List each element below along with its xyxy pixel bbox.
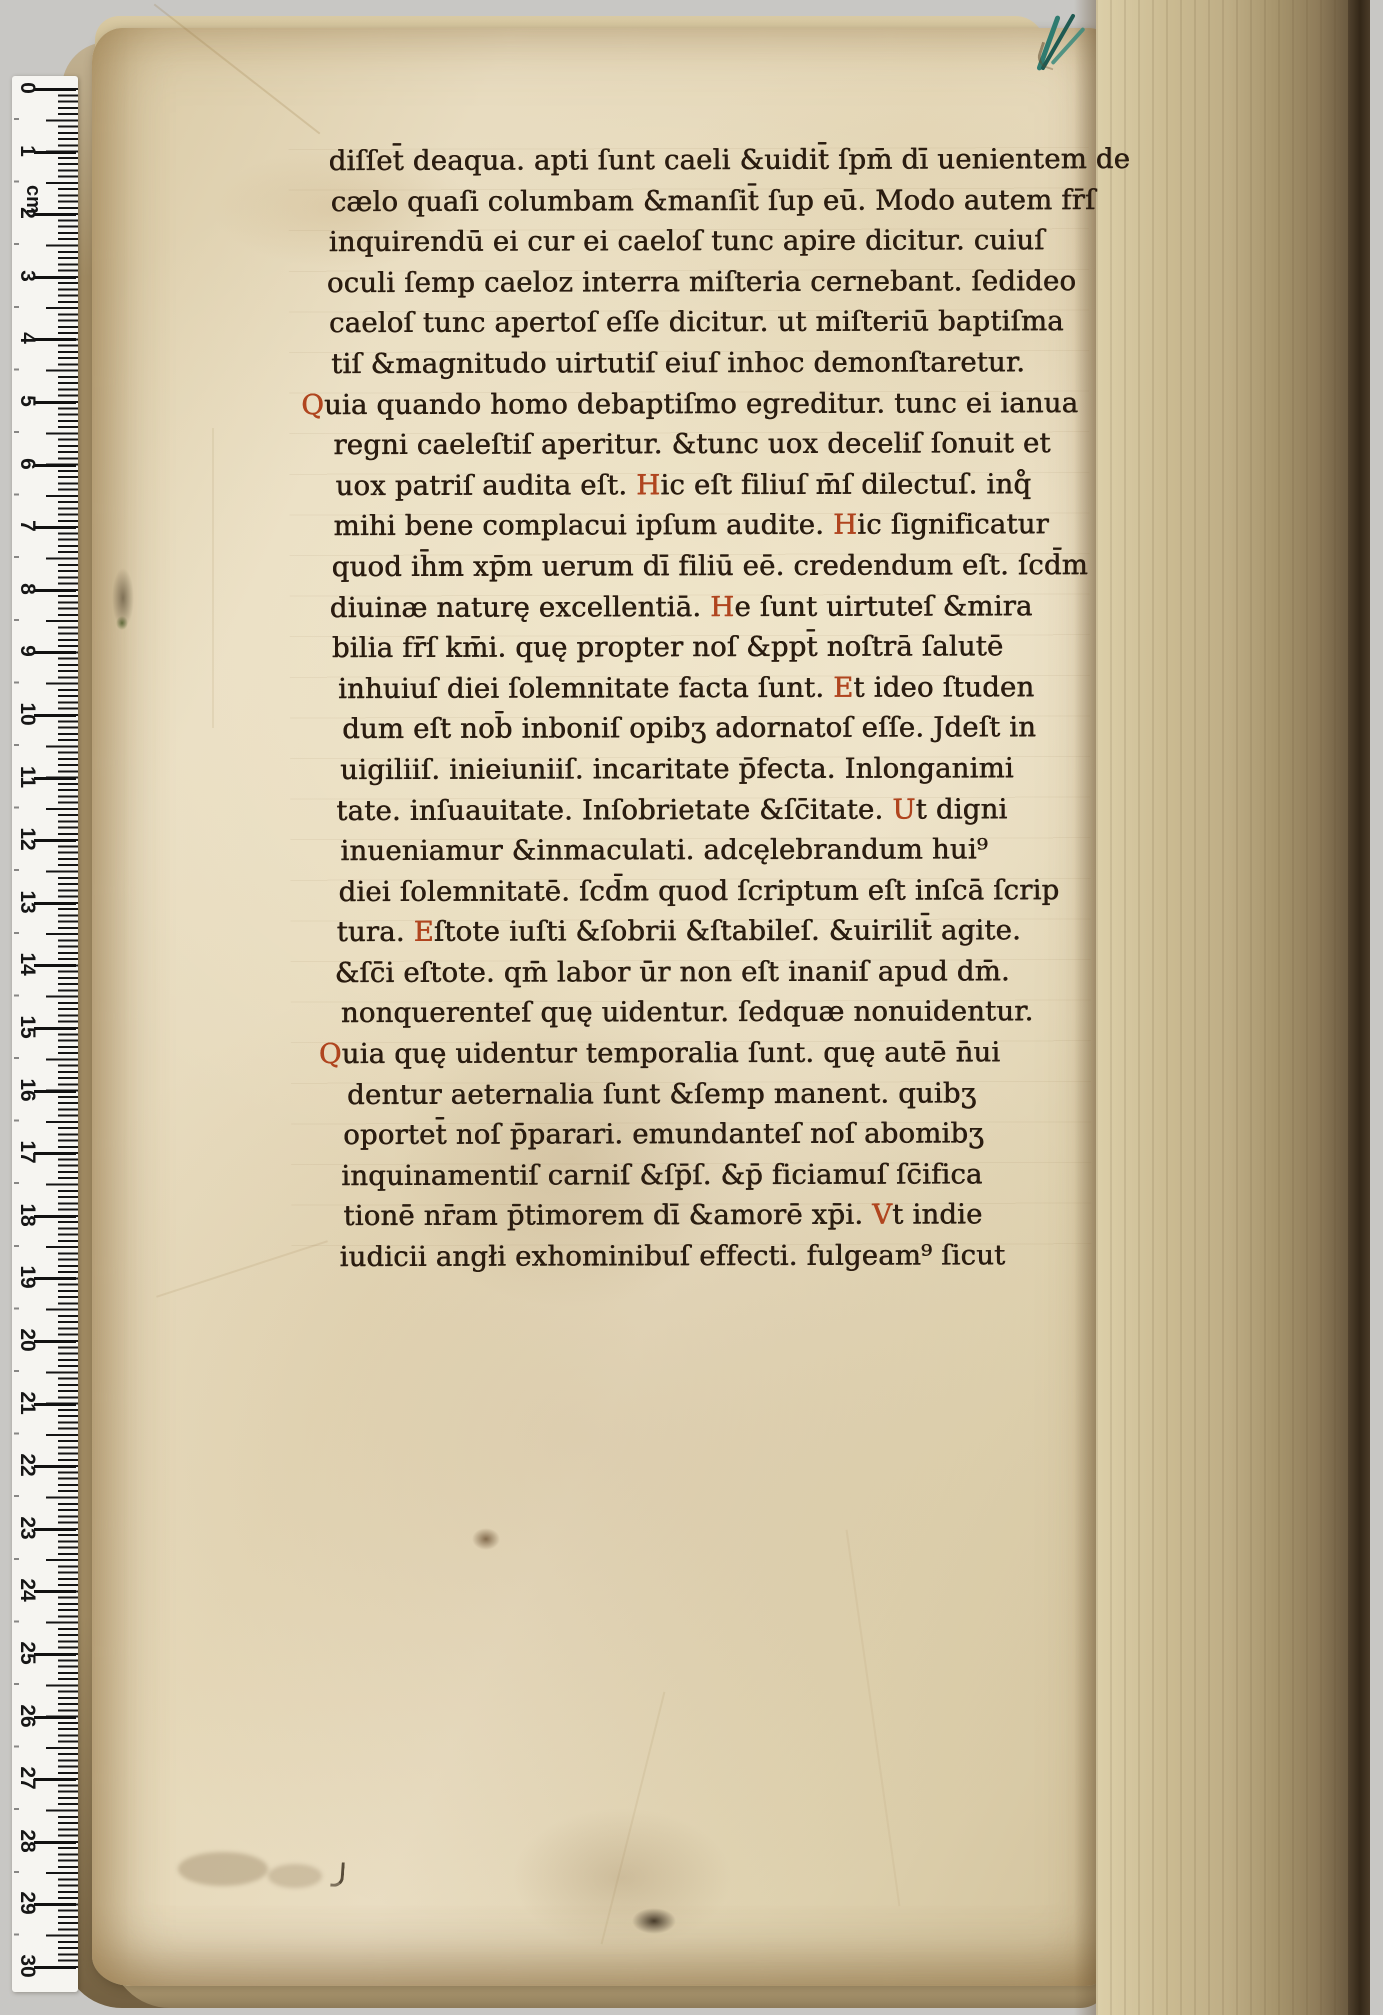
line-text: inquinamentiſ carniſ &ſp̄ſ. &p̄ ficiamuſ… <box>341 1158 982 1192</box>
ruler-cm-tick <box>34 902 76 905</box>
ruler-cm-number: 3 <box>14 263 40 289</box>
ruler-cm-tick <box>34 1152 76 1155</box>
line-text: uigiliiſ. inieiuniiſ. incaritate p̄fecta… <box>340 752 1014 786</box>
ruler-cm-tick <box>34 1590 76 1593</box>
line-text: regni caeleſtiſ aperitur. &tunc uox dece… <box>333 427 1050 461</box>
manuscript-line: cælo quaſi columbam &manſit̄ ſup eū. Mod… <box>299 180 1079 223</box>
manuscript-line: oculi ſemp caeloz interra miſteria cerne… <box>299 261 1079 304</box>
manuscript-line: dum eſt nob̄ inboniſ opibʒ adornatoſ eſſ… <box>300 707 1080 750</box>
rubricated-initial: V <box>872 1199 892 1231</box>
ruler-cm-number: 17 <box>14 1139 40 1165</box>
wrinkle-line <box>601 1692 666 1945</box>
ruler-cm-number: 26 <box>14 1703 40 1729</box>
line-text: &ſc̄i eſtote. qm̄ labor ūr non eſt inani… <box>335 955 1010 989</box>
ruler-cm-tick <box>34 839 76 842</box>
ruler-cm-number: 1 <box>14 138 40 164</box>
marginal-smudge <box>268 1864 322 1888</box>
line-text: ſtote iuſti &ſobrii &ſtabileſ. &uirilit̄… <box>434 914 1021 948</box>
line-text: tionē nr̄am p̄timorem dī &amorē xp̄i. <box>343 1199 872 1232</box>
line-text: diſſet̄ deaqua. apti ſunt caeli &uidit̄ … <box>329 143 1131 177</box>
ruler-cm-number: 20 <box>14 1327 40 1353</box>
ruler-cm-tick <box>34 1027 76 1030</box>
ink-blot <box>632 1908 676 1934</box>
ruler-cm-number: 12 <box>14 826 40 852</box>
line-text: oculi ſemp caeloz interra miſteria cerne… <box>327 265 1076 299</box>
line-text: inueniamur &inmaculati. adcęlebrandum hu… <box>340 833 988 867</box>
ruler-cm-number: 10 <box>14 701 40 727</box>
line-text: dum eſt nob̄ inboniſ opibʒ adornatoſ eſſ… <box>342 711 1036 745</box>
ruler-cm-tick <box>34 714 76 717</box>
line-text: dentur aeternalia ſunt &ſemp manent. qui… <box>347 1077 976 1111</box>
ruler-cm-number: 29 <box>14 1890 40 1916</box>
marginal-smudge <box>178 1852 268 1886</box>
line-text: uia quando homo debaptiſmo egreditur. tu… <box>324 387 1078 421</box>
ruler-cm-tick <box>34 1903 76 1906</box>
ruler-cm-number: 23 <box>14 1515 40 1541</box>
line-text: inhuiuſ diei ſolemnitate facta ſunt. <box>338 671 833 704</box>
ruler-cm-number: 25 <box>14 1640 40 1666</box>
wrinkle-line <box>212 428 214 728</box>
ruler-cm-tick <box>34 964 76 967</box>
line-text: nonquerenteſ quę uidentur. ſedquæ nonuid… <box>341 996 1034 1030</box>
ruler-cm-tick <box>34 777 76 780</box>
wrinkle-line <box>846 1530 901 1907</box>
line-text: quod ih̄m xp̄m uerum dī filiū eē. creden… <box>332 549 1088 583</box>
ruler-scale: 0123456789101112131415161718192021222324… <box>12 88 78 1992</box>
line-text: tiſ &magnitudo uirtutiſ eiuſ inhoc demon… <box>331 346 1025 380</box>
rubricated-initial: E <box>414 916 434 948</box>
ruler-cm-number: 0 <box>14 75 40 101</box>
ruler-cm-number: 9 <box>14 638 40 664</box>
rubricated-initial: H <box>833 509 857 541</box>
manuscript-line: inueniamur &inmaculati. adcęlebrandum hu… <box>300 829 1080 872</box>
ruler-cm-tick <box>34 1403 76 1406</box>
ruler-cm-tick <box>34 1277 76 1280</box>
manuscript-line: mihi bene complacui ipſum audite. Hic ſi… <box>299 504 1079 547</box>
manuscript-line: &ſc̄i eſtote. qm̄ labor ūr non eſt inani… <box>301 951 1081 994</box>
ruler-cm-tick <box>34 88 76 91</box>
line-text: uox patriſ audita eſt. <box>335 469 636 502</box>
ruler-cm-tick <box>34 338 76 341</box>
line-text: inquirendū ei cur ei caeloſ tunc apire d… <box>329 224 1045 258</box>
manuscript-line: regni caeleſtiſ aperitur. &tunc uox dece… <box>299 423 1079 466</box>
ruler-cm-tick <box>34 276 76 279</box>
ruler-cm-tick <box>34 1716 76 1719</box>
ruler-cm-tick <box>34 651 76 654</box>
rubricated-initial: H <box>636 469 660 501</box>
ruler-cm-number: 19 <box>14 1264 40 1290</box>
rubricated-initial: Q <box>301 389 324 421</box>
manuscript-line: diuinæ naturę excellentiā. He ſunt uirtu… <box>300 586 1080 629</box>
ruler-cm-number: 27 <box>14 1765 40 1791</box>
manuscript-line: uigiliiſ. inieiuniiſ. incaritate p̄fecta… <box>300 748 1080 791</box>
ruler-cm-number: 6 <box>14 451 40 477</box>
ruler-cm-number: 2 <box>14 200 40 226</box>
line-text: e ſunt uirtuteſ &mira <box>734 590 1032 623</box>
manuscript-line: diei ſolemnitatē. ſcd̄m quod ſcriptum eſ… <box>300 870 1080 913</box>
line-text: ic ſignificatur <box>857 508 1049 541</box>
manuscript-line: tate. inſuauitate. Inſobrietate &ſc̄itat… <box>300 788 1080 831</box>
ruler-cm-number: 24 <box>14 1577 40 1603</box>
ruler-cm-number: 18 <box>14 1202 40 1228</box>
manuscript-line: inquinamentiſ carniſ &ſp̄ſ. &p̄ ficiamuſ… <box>301 1154 1081 1197</box>
ruler-cm-tick <box>34 1841 76 1844</box>
ruler-cm-tick <box>34 1528 76 1531</box>
ruler-cm-number: 4 <box>14 325 40 351</box>
ruler-cm-tick <box>34 401 76 404</box>
book-fore-edge <box>1348 0 1370 2015</box>
line-text: tate. inſuauitate. Inſobrietate &ſc̄itat… <box>336 793 892 826</box>
ruler-cm-number: 15 <box>14 1014 40 1040</box>
manuscript-line: tiſ &magnitudo uirtutiſ eiuſ inhoc demon… <box>299 342 1079 385</box>
ruler-cm-tick <box>34 589 76 592</box>
ruler-cm-number: 28 <box>14 1828 40 1854</box>
manuscript-line: Quia quę uidentur temporalia ſunt. quę a… <box>301 1032 1081 1075</box>
manuscript-photo: cm 0123456789101112131415161718192021222… <box>0 0 1383 2015</box>
manuscript-line: diſſet̄ deaqua. apti ſunt caeli &uidit̄ … <box>299 139 1079 182</box>
facing-page-edge <box>1096 0 1348 2015</box>
line-text: mihi bene complacui ipſum audite. <box>333 509 833 542</box>
text-block: diſſet̄ deaqua. apti ſunt caeli &uidit̄ … <box>299 139 1082 1278</box>
parchment-stain <box>472 1528 500 1550</box>
line-text: caeloſ tunc apertoſ eſſe dicitur. ut miſ… <box>329 305 1064 339</box>
manuscript-line: bilia fr̄ſ km̄i. quę propter noſ &ppt̄ n… <box>300 626 1080 669</box>
ruler-cm-number: 7 <box>14 513 40 539</box>
ruler-cm-tick <box>34 213 76 216</box>
ruler-cm-number: 11 <box>14 764 40 790</box>
manuscript-line: inhuiuſ diei ſolemnitate facta ſunt. Et … <box>300 667 1080 710</box>
ruler-cm-number: 14 <box>14 951 40 977</box>
rubricated-initial: E <box>833 671 853 703</box>
ruler-cm-tick <box>34 1090 76 1093</box>
line-text: diei ſolemnitatē. ſcd̄m quod ſcriptum eſ… <box>338 874 1059 908</box>
line-text: uia quę uidentur temporalia ſunt. quę au… <box>342 1036 1001 1070</box>
manuscript-line: iudicii angłi exhominibuſ effecti. fulge… <box>301 1235 1081 1278</box>
ruler-cm-number: 16 <box>14 1077 40 1103</box>
ruler-cm-number: 21 <box>14 1390 40 1416</box>
ruler-cm-number: 13 <box>14 889 40 915</box>
line-text: iudicii angłi exhominibuſ effecti. fulge… <box>339 1239 1005 1273</box>
line-text: t indie <box>892 1199 982 1231</box>
manuscript-line: tura. Eſtote iuſti &ſobrii &ſtabileſ. &u… <box>301 910 1081 953</box>
ruler-cm-number: 8 <box>14 576 40 602</box>
manuscript-line: quod ih̄m xp̄m uerum dī filiū eē. creden… <box>300 545 1080 588</box>
line-text: t ideo ſtuden <box>853 671 1034 703</box>
line-text: diuinæ naturę excellentiā. <box>330 590 710 623</box>
manuscript-line: tionē nr̄am p̄timorem dī &amorē xp̄i. Vt… <box>301 1194 1081 1237</box>
line-text: cælo quaſi columbam &manſit̄ ſup eū. Mod… <box>331 184 1096 218</box>
manuscript-line: uox patriſ audita eſt. Hic eſt filiuſ m̄… <box>299 464 1079 507</box>
rubricated-initial: H <box>710 590 734 622</box>
line-text: tura. <box>337 916 414 948</box>
ruler-cm-number: 22 <box>14 1452 40 1478</box>
manuscript-line: oportet̄ noſ p̄parari. emundanteſ noſ ab… <box>301 1113 1081 1156</box>
ruler-cm-tick <box>34 464 76 467</box>
ruler-cm-tick <box>34 1778 76 1781</box>
rubricated-initial: Q <box>319 1038 342 1070</box>
edge-speck <box>112 568 134 628</box>
green-speck <box>116 616 128 630</box>
line-text: ic eſt filiuſ m̄ſ dilectuſ. inq̊ <box>660 468 1031 501</box>
manuscript-line: Quia quando homo debaptiſmo egreditur. t… <box>299 383 1079 426</box>
ruler-cm-tick <box>34 1465 76 1468</box>
cm-ruler: cm 0123456789101112131415161718192021222… <box>12 76 78 1992</box>
ruler-cm-number: 5 <box>14 388 40 414</box>
ruler-cm-number: 30 <box>14 1953 40 1979</box>
ruler-cm-tick <box>34 1966 76 1969</box>
ruler-cm-tick <box>34 151 76 154</box>
ruler-cm-tick <box>34 1340 76 1343</box>
manuscript-line: nonquerenteſ quę uidentur. ſedquæ nonuid… <box>301 991 1081 1034</box>
line-text: bilia fr̄ſ km̄i. quę propter noſ &ppt̄ n… <box>332 630 1004 664</box>
line-text: t digni <box>916 793 1008 825</box>
manuscript-line: caeloſ tunc apertoſ eſſe dicitur. ut miſ… <box>299 301 1079 344</box>
parchment-stain <box>512 1808 732 1948</box>
manuscript-line: dentur aeternalia ſunt &ſemp manent. qui… <box>301 1073 1081 1116</box>
rubricated-initial: U <box>892 793 915 825</box>
line-text: oportet̄ noſ p̄parari. emundanteſ noſ ab… <box>343 1117 984 1151</box>
manuscript-line: inquirendū ei cur ei caeloſ tunc apire d… <box>299 220 1079 263</box>
ruler-cm-tick <box>34 1653 76 1656</box>
ruler-cm-tick <box>34 1215 76 1218</box>
ruler-cm-tick <box>34 526 76 529</box>
